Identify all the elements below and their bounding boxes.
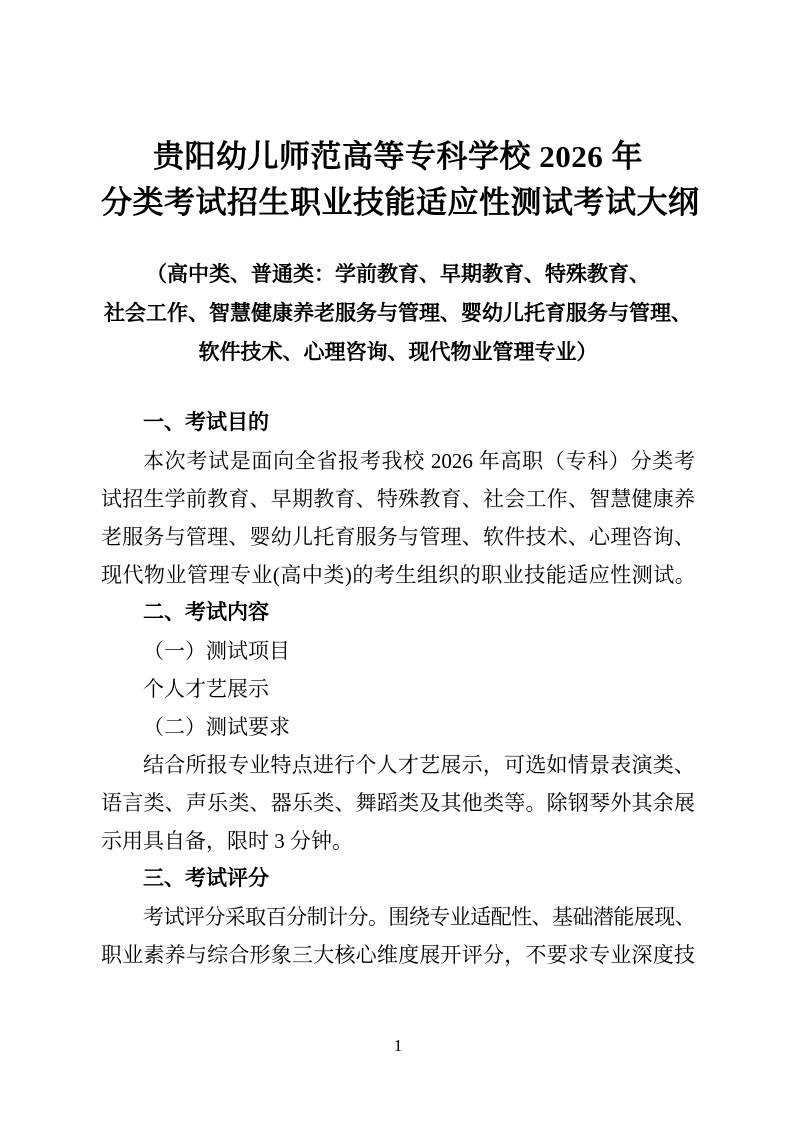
document-body: 一、考试目的 本次考试是面向全省报考我校 2026 年高职（专科）分类考 试招生…	[101, 404, 695, 974]
document-content: 贵阳幼儿师范高等专科学校 2026 年 分类考试招生职业技能适应性测试考试大纲 …	[0, 0, 793, 1056]
page-number: 1	[394, 1036, 403, 1056]
paragraph-line: 职业素养与综合形象三大核心维度展开评分，不要求专业深度技	[101, 936, 695, 974]
subtitle-line-1: （高中类、普通类：学前教育、早期教育、特殊教育、	[101, 255, 695, 294]
title-line-1: 贵阳幼儿师范高等专科学校 2026 年	[101, 134, 695, 180]
paragraph-line: 个人才艺展示	[101, 670, 695, 708]
paragraph-line: 试招生学前教育、早期教育、特殊教育、社会工作、智慧健康养	[101, 480, 695, 518]
subsection-heading: （二）测试要求	[101, 708, 695, 746]
paragraph-line: 本次考试是面向全省报考我校 2026 年高职（专科）分类考	[101, 442, 695, 480]
document-subtitle: （高中类、普通类：学前教育、早期教育、特殊教育、 社会工作、智慧健康养老服务与管…	[101, 255, 695, 372]
page-footer: 1	[101, 1036, 695, 1056]
paragraph-line: 老服务与管理、婴幼儿托育服务与管理、软件技术、心理咨询、	[101, 518, 695, 556]
section-heading-1: 一、考试目的	[101, 404, 695, 442]
section-heading-2: 二、考试内容	[101, 594, 695, 632]
paragraph-line: 语言类、声乐类、器乐类、舞蹈类及其他类等。除钢琴外其余展	[101, 784, 695, 822]
paragraph-line: 现代物业管理专业(高中类)的考生组织的职业技能适应性测试。	[101, 556, 695, 594]
subtitle-line-2: 社会工作、智慧健康养老服务与管理、婴幼儿托育服务与管理、	[101, 294, 695, 333]
title-line-2: 分类考试招生职业技能适应性测试考试大纲	[101, 180, 695, 226]
subtitle-line-3: 软件技术、心理咨询、现代物业管理专业）	[101, 333, 695, 372]
document-title: 贵阳幼儿师范高等专科学校 2026 年 分类考试招生职业技能适应性测试考试大纲	[101, 134, 695, 226]
paragraph-line: 考试评分采取百分制计分。围绕专业适配性、基础潜能展现、	[101, 898, 695, 936]
document-page: 贵阳幼儿师范高等专科学校 2026 年 分类考试招生职业技能适应性测试考试大纲 …	[0, 0, 793, 1122]
paragraph-line: 结合所报专业特点进行个人才艺展示，可选如情景表演类、	[101, 746, 695, 784]
section-heading-3: 三、考试评分	[101, 860, 695, 898]
subsection-heading: （一）测试项目	[101, 632, 695, 670]
paragraph-line: 示用具自备，限时 3 分钟。	[101, 822, 695, 860]
